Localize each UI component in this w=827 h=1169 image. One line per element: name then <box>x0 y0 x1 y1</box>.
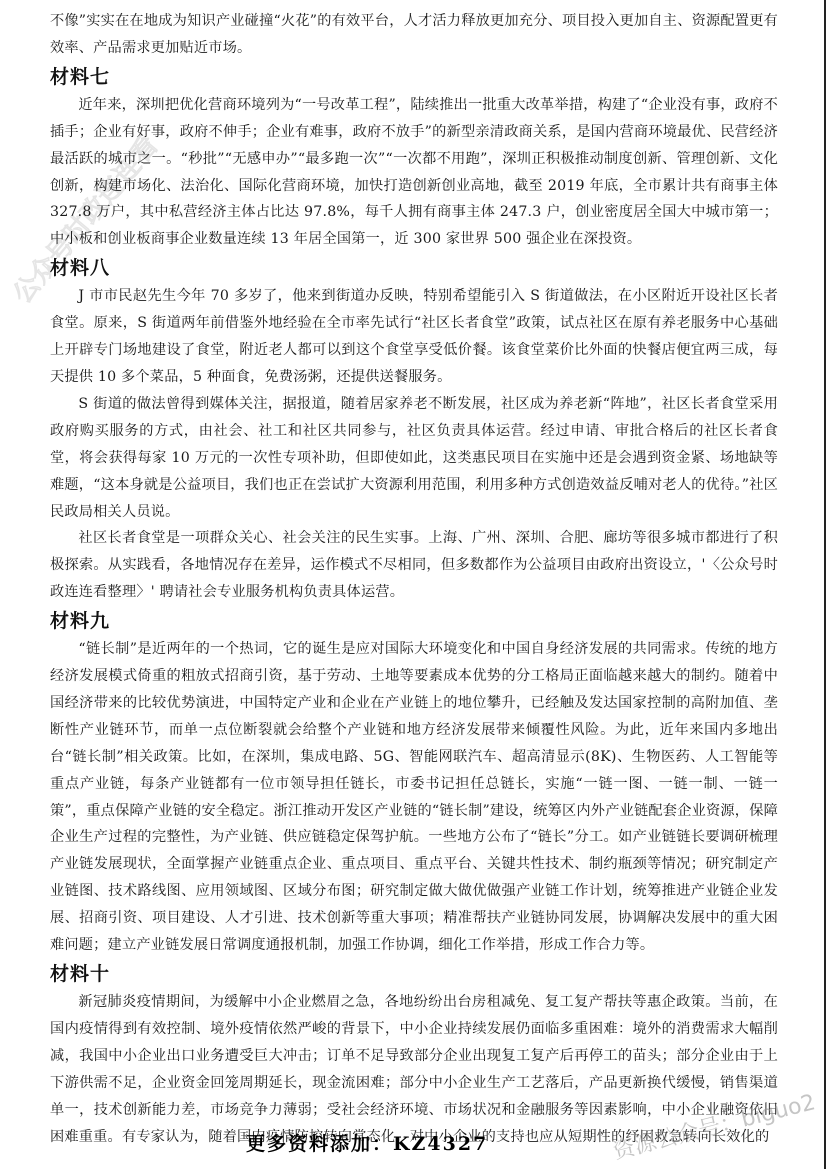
section-heading: 材料七 <box>50 62 778 92</box>
section-heading: 材料九 <box>50 606 778 636</box>
intro-paragraph: 不像”实实在在地成为知识产业碰撞“火花”的有效平台，人才活力释放更加充分、项目投… <box>50 8 778 62</box>
paragraph: J 市市民赵先生今年 70 多岁了，他来到街道办反映，特别希望能引入 S 街道做… <box>50 283 778 391</box>
paragraph: “链长制”是近两年的一个热词，它的诞生是应对国际大环境变化和中国自身经济发展的共… <box>50 636 778 959</box>
section-heading: 材料十 <box>50 959 778 989</box>
paragraph: S 街道的做法曾得到媒体关注，据报道，随着居家养老不断发展，社区成为养老新“阵地… <box>50 391 778 526</box>
paragraph: 社区长者食堂是一项群众关心、社会关注的民生实事。上海、广州、深圳、合肥、廊坊等很… <box>50 525 778 606</box>
section-heading: 材料八 <box>50 253 778 283</box>
page-edge-rule <box>824 0 826 1169</box>
section-material-8: 材料八 J 市市民赵先生今年 70 多岁了，他来到街道办反映，特别希望能引入 S… <box>50 253 778 606</box>
paragraph: 近年来，深圳把优化营商环境列为“一号改革工程”，陆续推出一批重大改革举措，构建了… <box>50 92 778 253</box>
document-page: 不像”实实在在地成为知识产业碰撞“火花”的有效平台，人才活力释放更加充分、项目投… <box>50 8 778 1150</box>
footer-banner: 更多资料添加：KZ4327 <box>246 1129 488 1156</box>
section-material-7: 材料七 近年来，深圳把优化营商环境列为“一号改革工程”，陆续推出一批重大改革举措… <box>50 62 778 253</box>
section-material-9: 材料九 “链长制”是近两年的一个热词，它的诞生是应对国际大环境变化和中国自身经济… <box>50 606 778 959</box>
